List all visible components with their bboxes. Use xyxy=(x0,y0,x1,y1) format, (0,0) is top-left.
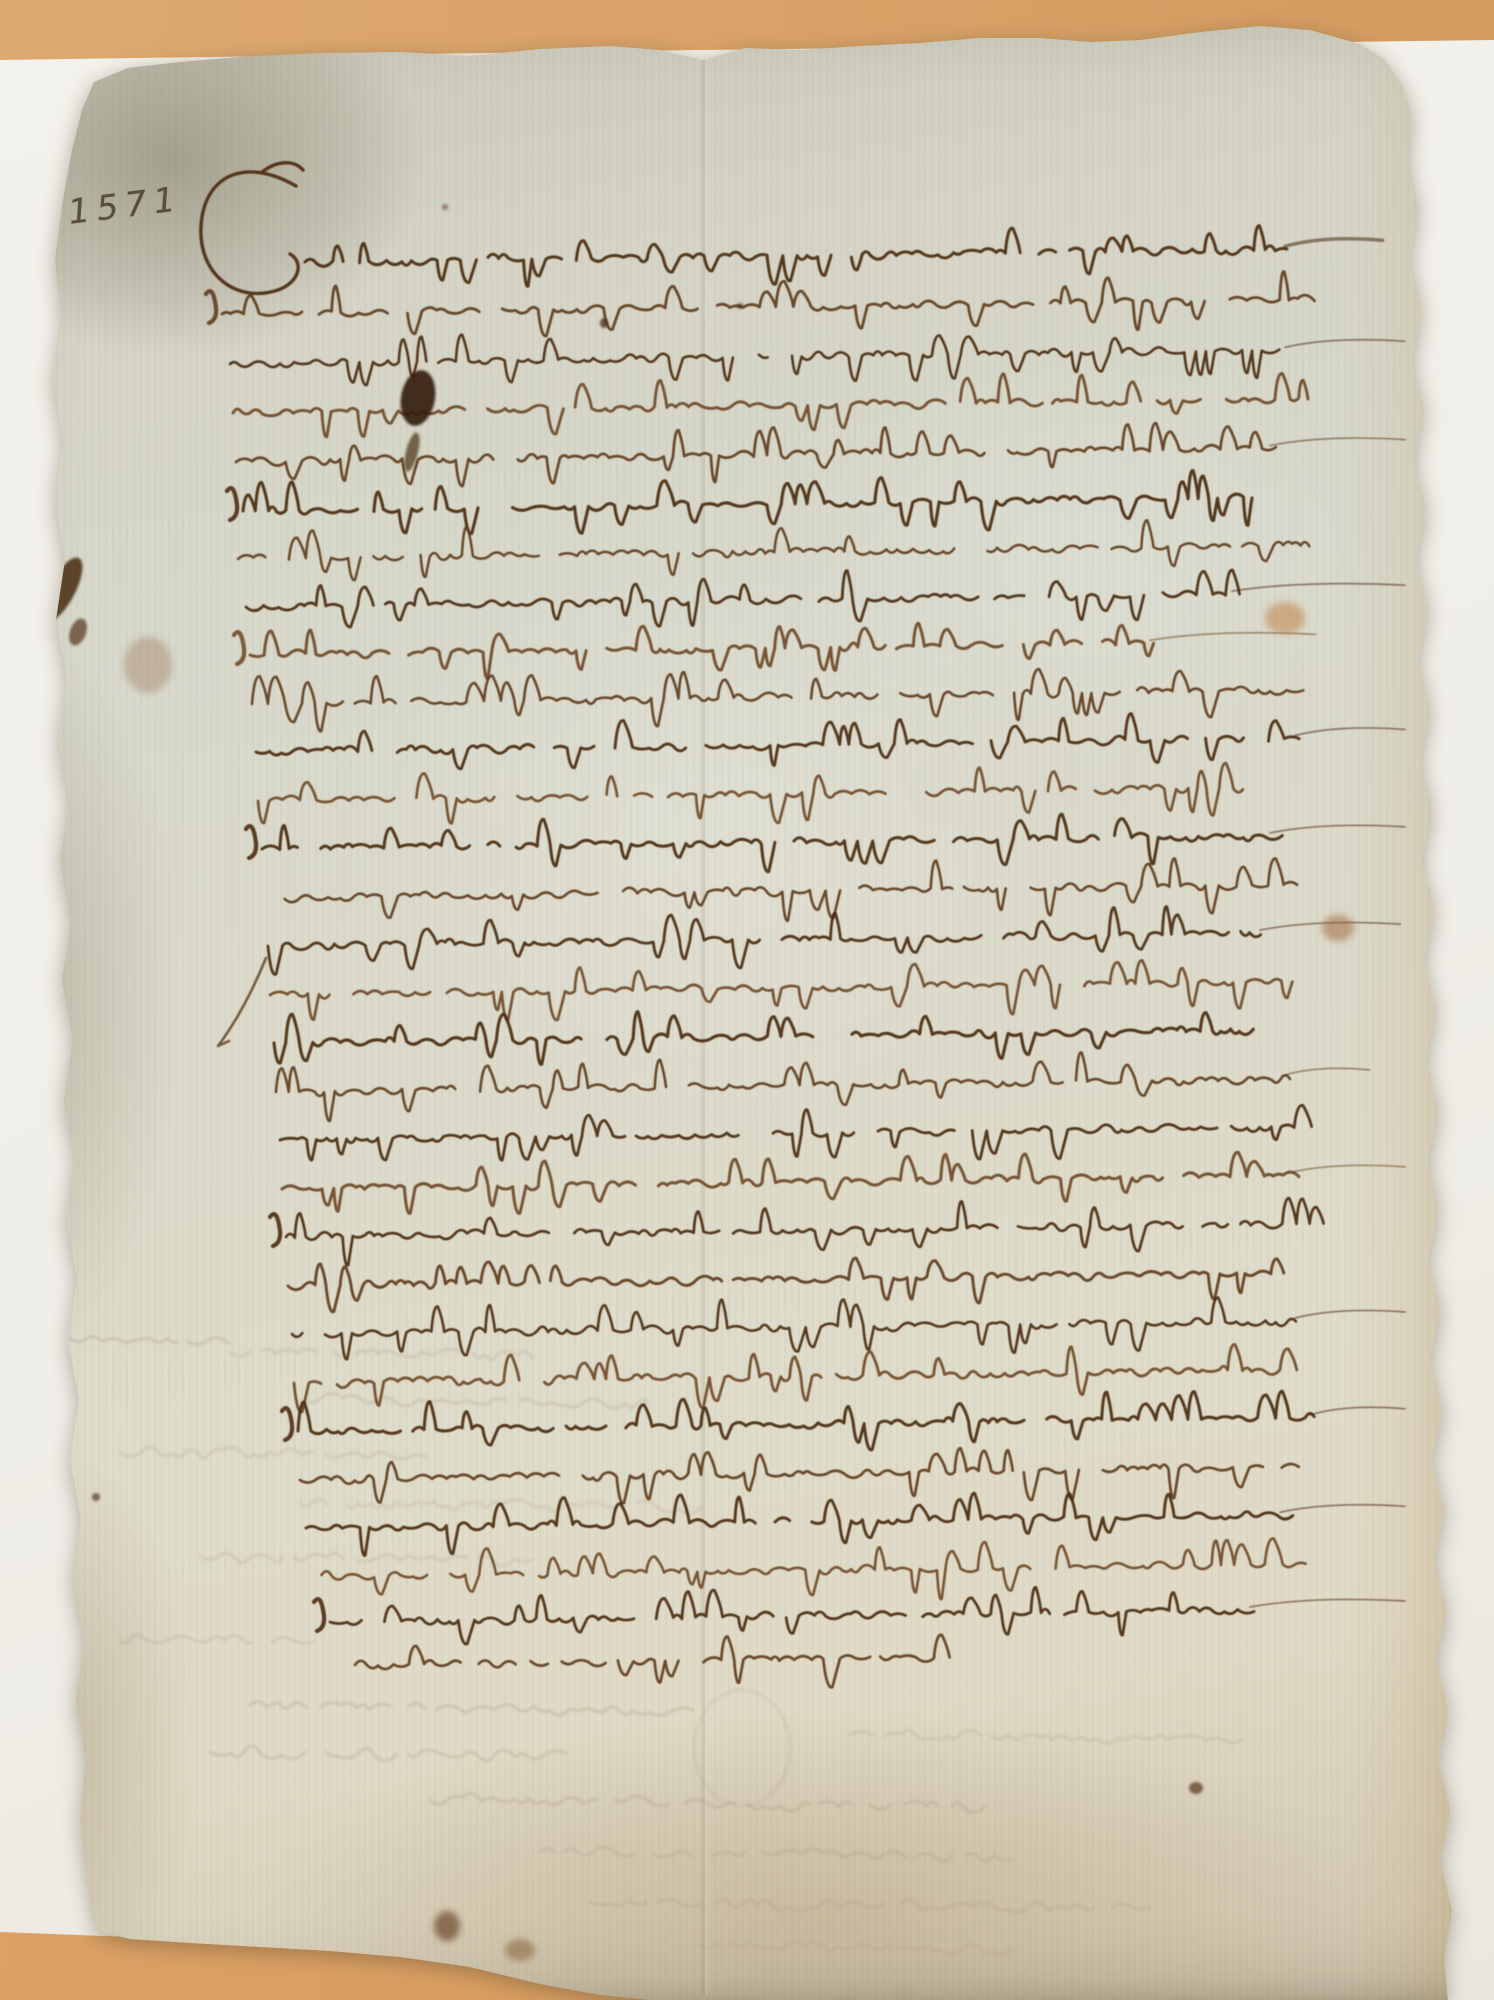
handwriting-line xyxy=(305,226,1287,287)
ink-blot xyxy=(66,616,91,648)
flourish-tail xyxy=(1310,1407,1405,1415)
flourish-tail xyxy=(1282,1068,1369,1076)
handwriting-line xyxy=(256,714,1299,769)
flourish-tail xyxy=(1285,340,1405,348)
ink-blot xyxy=(737,303,743,309)
flourish-tail xyxy=(1295,728,1405,736)
ghost-writing-line xyxy=(230,1349,533,1360)
handwriting-line xyxy=(274,1012,1253,1065)
handwriting-line xyxy=(276,1052,1290,1121)
flourish-tail xyxy=(1280,1505,1405,1513)
ink-blot xyxy=(396,367,439,428)
handwriting-line xyxy=(282,1152,1299,1213)
flourish-tail xyxy=(1288,1165,1405,1173)
handwriting-line xyxy=(288,1258,1284,1312)
handwriting-line xyxy=(268,907,1261,975)
handwriting-line xyxy=(262,814,1282,872)
ghost-writing-line xyxy=(850,1730,1243,1744)
handwriting-line xyxy=(222,272,1315,336)
handwriting-capital xyxy=(282,1408,292,1440)
ink-blot xyxy=(1189,1782,1203,1794)
ghost-writing-line xyxy=(250,1702,693,1716)
ghost-writing-line xyxy=(590,1899,1150,1912)
ghost-writing-line xyxy=(120,1447,426,1459)
ink-blot xyxy=(92,1493,100,1501)
foxing-stain-spot xyxy=(124,637,172,693)
manuscript-page: 1571 xyxy=(0,0,1494,2000)
handwriting-line xyxy=(246,570,1240,627)
handwriting-line xyxy=(330,1587,1254,1644)
flourish-tail xyxy=(1270,438,1405,446)
ink-layer xyxy=(0,0,1494,2000)
handwriting-line xyxy=(258,763,1243,823)
flourish-tail xyxy=(1295,1310,1405,1318)
handwriting-line xyxy=(252,669,1303,731)
foxing-stain-spot xyxy=(505,1939,535,1961)
handwriting-layer xyxy=(201,163,1405,1688)
archival-photo-scene: 1571 xyxy=(0,0,1494,2000)
initial-flourish xyxy=(201,163,303,294)
manuscript-page-shadow: 1571 xyxy=(0,0,1494,2000)
flourish-tail xyxy=(1150,633,1315,641)
handwriting-line xyxy=(285,858,1298,920)
handwriting-line xyxy=(286,1198,1324,1265)
ink-blot xyxy=(600,318,608,328)
handwriting-line xyxy=(230,335,1297,385)
flourish-tail xyxy=(1270,825,1405,833)
ghost-writing-line xyxy=(300,1393,648,1408)
handwriting-capital xyxy=(314,1599,324,1631)
handwriting-line xyxy=(306,1493,1293,1555)
ink-blot xyxy=(34,552,91,628)
handwriting-capital xyxy=(234,632,244,664)
ghost-writing-line xyxy=(430,1793,985,1812)
handwriting-line xyxy=(300,1448,1299,1503)
handwriting-line xyxy=(322,1538,1306,1599)
ghost-writing-line xyxy=(210,1746,566,1761)
ink-blot xyxy=(442,204,448,210)
handwriting-line xyxy=(238,520,1309,580)
handwriting-line xyxy=(280,1105,1312,1160)
ghost-ring-mark xyxy=(694,1690,790,1806)
handwriting-capital xyxy=(206,291,216,323)
stray-descender-stroke xyxy=(218,958,266,1046)
flourish-tail xyxy=(1250,1599,1405,1607)
handwriting-line xyxy=(355,1635,950,1688)
ink-blot xyxy=(87,1939,99,1949)
handwriting-line xyxy=(236,423,1276,486)
handwriting-capital xyxy=(270,1214,280,1246)
foxing-stain-spot xyxy=(1265,602,1305,634)
ghost-writing-layer xyxy=(48,1337,1243,1955)
handwriting-line xyxy=(233,373,1308,436)
flourish-tail xyxy=(1285,239,1383,247)
handwriting-capital xyxy=(246,826,256,858)
flourish-tail xyxy=(1232,584,1405,592)
handwriting-line xyxy=(250,623,1154,678)
ink-blots-layer xyxy=(34,204,1203,1949)
handwriting-line xyxy=(243,471,1252,534)
handwriting-capital xyxy=(227,488,237,520)
foxing-stain-spot xyxy=(1322,915,1354,941)
ghost-writing-line xyxy=(48,1337,229,1345)
handwriting-line xyxy=(270,960,1292,1020)
ghost-writing-line xyxy=(700,1942,1012,1955)
ghost-writing-line xyxy=(120,1635,313,1644)
ghost-writing-line xyxy=(540,1847,1013,1861)
foxing-stain-spot xyxy=(434,1911,460,1941)
